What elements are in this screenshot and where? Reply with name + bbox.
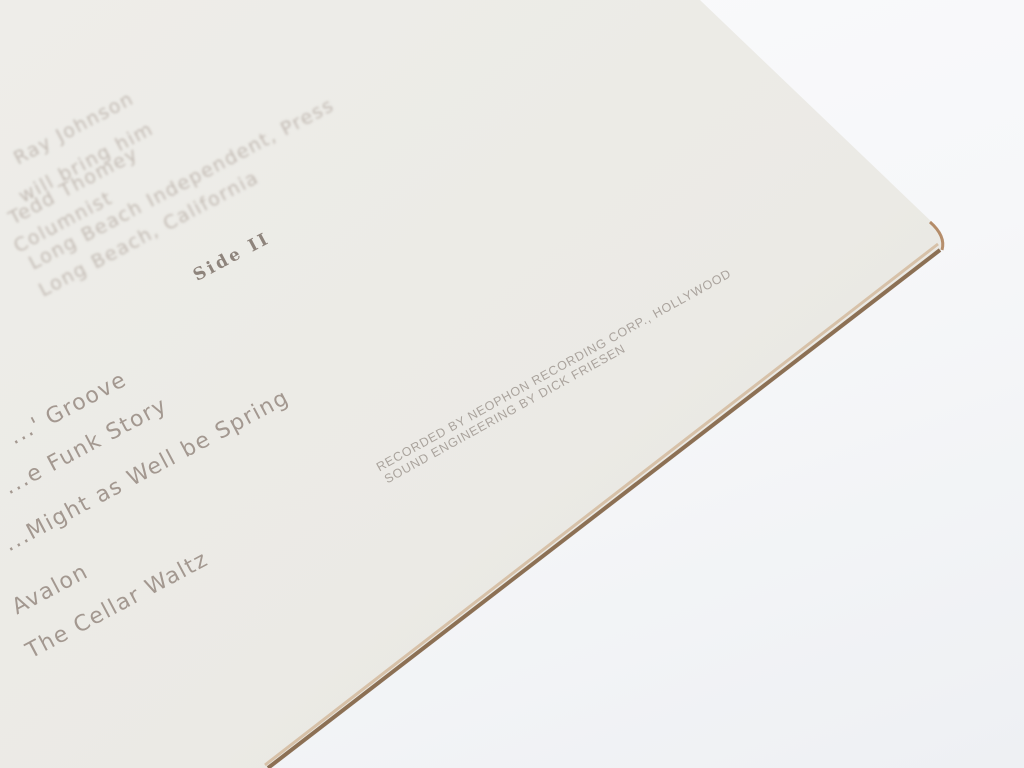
album-cover-card (0, 0, 1024, 768)
